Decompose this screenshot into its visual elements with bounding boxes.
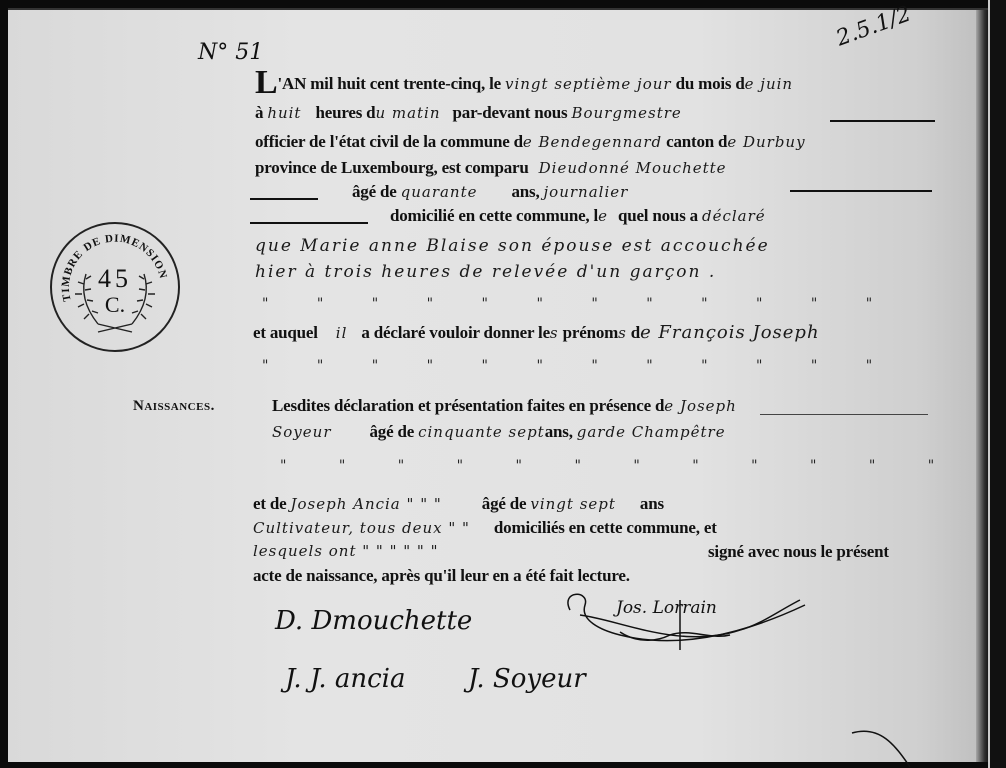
drop-cap: L (255, 64, 277, 101)
line-18: acte de naissance, après qu'il leur en a… (253, 566, 630, 586)
ditto-marks: " " " " " " " " " " " " (262, 358, 894, 374)
line-6: domicilié en cette commune, le quel nous… (390, 206, 766, 226)
handwritten-signers: lesquels ont " " " " " " (253, 542, 439, 560)
line-15: et de Joseph Ancia " " " âgé de vingt se… (253, 494, 664, 514)
signature-declarant: D. Dmouchette (275, 606, 472, 636)
printed-text: 'AN mil huit cent trente-cinq, le (277, 74, 501, 93)
handwritten-witness1-first-name: e Joseph (664, 397, 737, 415)
margin-label-naissances: Naissances. (133, 398, 215, 415)
line-10: et auquel il a déclaré vouloir donner le… (253, 322, 820, 343)
printed-text: par-devant nous (453, 103, 568, 122)
stamp-value: 45 (52, 264, 178, 294)
handwritten-plural-suffix: s (618, 324, 627, 342)
signature-mayor: Jos. Lorrain (560, 590, 810, 660)
handwritten-time-of-day: u matin (375, 104, 440, 122)
fill-line (760, 414, 928, 415)
handwritten-occupation: journalier (544, 183, 629, 201)
printed-text: à (255, 103, 263, 122)
printed-text: province de Luxembourg, est comparu (255, 158, 529, 177)
handwritten-plural-suffix: s (550, 324, 559, 342)
handwritten-witness1-age: cinquante sept (418, 423, 545, 441)
handwritten-witness2-age: vingt sept (530, 495, 616, 513)
line-4: province de Luxembourg, est comparu Dieu… (255, 158, 727, 178)
handwritten-officer-title: Bourgmestre (571, 104, 681, 122)
printed-text: quel nous a (618, 206, 698, 225)
handwritten-witness2-occupation: Cultivateur, tous deux " " (253, 519, 470, 537)
printed-text: d (631, 323, 640, 342)
printed-text: prénom (563, 323, 618, 342)
printed-text: officier de l'état civil de la commune d (255, 132, 523, 151)
line-17: lesquels ont " " " " " " (253, 542, 479, 561)
ditto-marks: " " " " " " " " " " " " (262, 296, 894, 312)
handwritten-birth-time: hier à trois heures de relevée d'un garç… (255, 262, 716, 282)
signature-mayor-name: Jos. Lorrain (616, 598, 717, 618)
printed-text: âgé de (370, 422, 415, 441)
handwritten-child-name: e François Joseph (640, 322, 819, 343)
handwritten-witness1-occupation: garde Champêtre (577, 423, 726, 441)
printed-text: ans, (512, 182, 540, 201)
signature-witness1: J. Soyeur (468, 664, 586, 694)
handwritten-day: vingt septième jour (505, 75, 672, 93)
fill-line (790, 190, 932, 192)
printed-text: et de (253, 494, 286, 513)
printed-text: et auquel (253, 323, 318, 342)
printed-text: domiciliés en cette commune, et (494, 518, 717, 537)
handwritten-mother-statement: que Marie anne Blaise son épouse est acc… (255, 236, 770, 256)
handwritten-hour: huit (267, 104, 301, 122)
printed-text: signé avec nous le présent (708, 542, 889, 562)
printed-text: heures d (315, 103, 375, 122)
printed-text: Lesdites déclaration et présentation fai… (272, 396, 664, 415)
line-3: officier de l'état civil de la commune d… (255, 132, 806, 152)
ditto-marks: " " " " " " " " " " " " (280, 458, 958, 474)
fill-line (830, 120, 935, 122)
handwritten-pronoun: il (336, 324, 348, 342)
line-1: L'AN mil huit cent trente-cinq, le vingt… (255, 66, 793, 100)
stamp-unit: C. (52, 292, 178, 318)
printed-text: ans (640, 494, 664, 513)
handwritten-witness2-name: Joseph Ancia " " " (290, 495, 441, 513)
printed-text: du mois d (676, 74, 745, 93)
handwritten-declared: déclaré (702, 207, 766, 225)
handwritten-canton: e Durbuy (727, 133, 805, 151)
printed-text: canton d (666, 132, 727, 151)
printed-text: domicilié en cette commune, l (390, 206, 598, 225)
handwritten-gender-suffix: e (598, 207, 608, 225)
printed-text: âgé de (352, 182, 397, 201)
line-13: Soyeur âgé de cinquante septans, garde C… (272, 422, 726, 442)
handwritten-commune: e Bendegennard (523, 133, 662, 151)
film-edge (988, 0, 1006, 768)
fill-line (250, 222, 368, 224)
handwritten-witness1-surname: Soyeur (272, 423, 332, 441)
handwritten-month: e juin (745, 75, 793, 93)
line-12: Lesdites déclaration et présentation fai… (272, 396, 737, 416)
printed-text: ans, (545, 422, 573, 441)
record-number: N° 51 (198, 40, 263, 65)
printed-text: a déclaré vouloir donner le (361, 323, 550, 342)
handwritten-age: quarante (401, 183, 478, 201)
printed-text: âgé de (482, 494, 527, 513)
line-2: à huit heures du matin par-devant nous B… (255, 103, 682, 123)
line-5: âgé de quarante ans, journalier (352, 182, 628, 202)
signature-witness2: J. J. ancia (285, 664, 406, 694)
line-16: Cultivateur, tous deux " " domiciliés en… (253, 518, 717, 538)
handwritten-declarant-name: Dieudonné Mouchette (539, 159, 727, 177)
tax-stamp: TIMBRE DE DIMENSION 45 C. (50, 222, 180, 352)
corner-stroke-mark (850, 725, 920, 768)
fill-line (250, 198, 318, 200)
